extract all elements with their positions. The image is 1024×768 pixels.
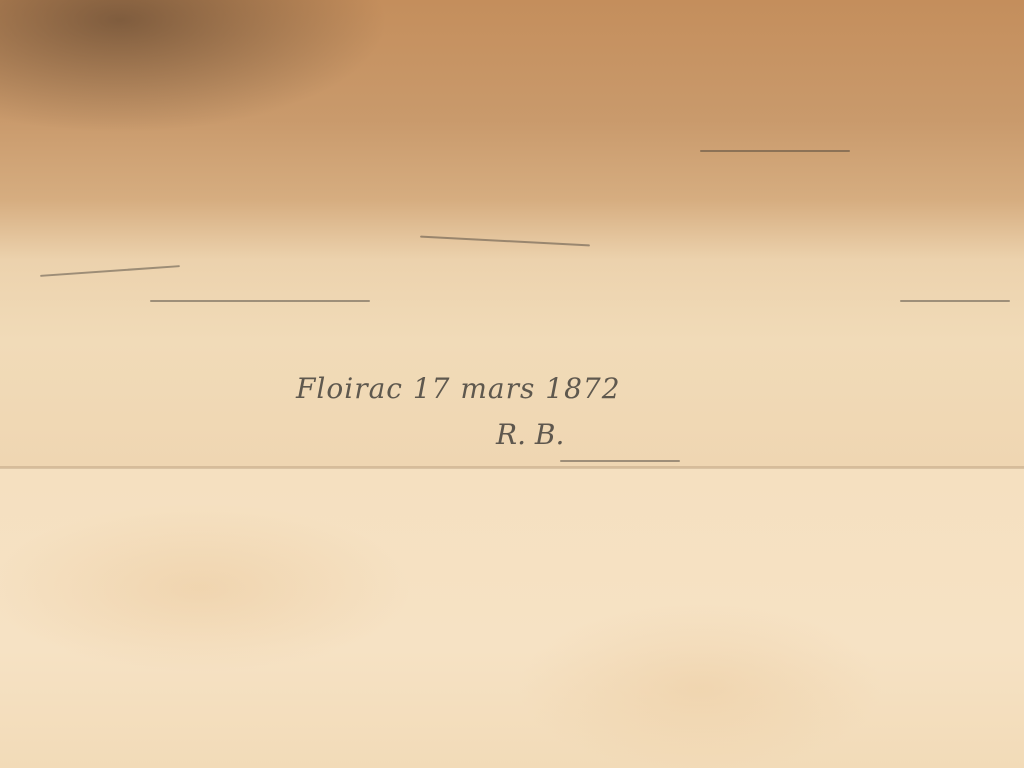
handwritten-initials: R. B.	[496, 418, 564, 451]
aged-paper: Floirac 17 mars 1872 R. B.	[0, 0, 1024, 768]
handwritten-place-date: Floirac 17 mars 1872	[296, 372, 621, 405]
sketch-stroke	[700, 150, 850, 152]
sketch-stroke	[150, 300, 370, 302]
sketch-stroke	[560, 460, 680, 462]
paper-fold-line	[0, 466, 1024, 469]
sketch-stroke	[900, 300, 1010, 302]
blank-paper-margin	[0, 468, 1024, 768]
